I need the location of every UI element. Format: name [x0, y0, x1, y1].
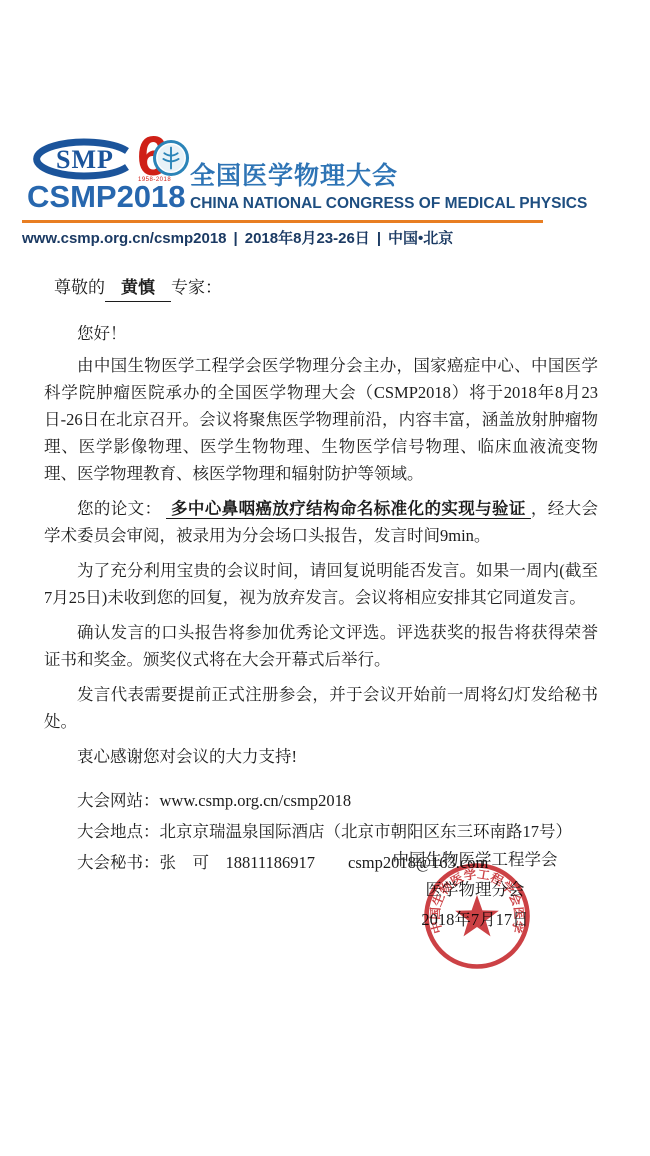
paragraph-thanks: 衷心感谢您对会议的大力支持! [44, 743, 598, 770]
infobar-url: www.csmp.org.cn/csmp2018 [22, 230, 227, 247]
paragraph-reply-request: 为了充分利用宝贵的会议时间，请回复说明能否发言。如果一周内(截至7月25日)未收… [44, 557, 598, 611]
infobar-location: 中国•北京 [388, 230, 453, 247]
infobar-separator: | [377, 230, 381, 247]
csmp-logo-text: SMP [56, 145, 114, 174]
letter-page: SMP 6 1958-2018 CSMP2018 全国医学物理大会 CHINA … [0, 0, 650, 1156]
paper-title: 多中心鼻咽癌放疗结构命名标准化的实现与验证 [166, 499, 531, 519]
anniversary-emblem-icon [152, 139, 190, 177]
paragraph-registration: 发言代表需要提前正式注册参会，并于会议开始前一周将幻灯发给秘书处。 [44, 681, 598, 735]
header-infobar: www.csmp.org.cn/csmp2018|2018年8月23-26日|中… [22, 227, 453, 248]
infobar-date: 2018年8月23-26日 [245, 230, 370, 247]
infobar-separator: | [234, 230, 238, 247]
paragraph-intro: 由中国生物医学工程学会医学物理分会主办，国家癌症中心、中国医学科学院肿瘤医院承办… [44, 352, 598, 487]
contact-venue-value: 北京京瑞温泉国际酒店（北京市朝阳区东三环南路17号） [160, 822, 573, 841]
salutation-prefix: 尊敬的 [54, 278, 105, 297]
contact-website-label: 大会网站： [77, 791, 160, 810]
paragraph-award: 确认发言的口头报告将参加优秀论文评选。评选获奖的报告将获得荣誉证书和奖金。颁奖仪… [44, 619, 598, 673]
paper-label: 您的论文： [77, 499, 161, 518]
seal-star-icon [455, 895, 499, 936]
salutation-line: 尊敬的黄慎专家： [54, 274, 598, 302]
contact-website: 大会网站：www.csmp.org.cn/csmp2018 [44, 785, 598, 816]
recipient-name: 黄慎 [105, 274, 171, 302]
letter-body: 尊敬的黄慎专家： 您好！ 由中国生物医学工程学会医学物理分会主办，国家癌症中心、… [44, 274, 598, 878]
congress-title-chinese: 全国医学物理大会 [190, 161, 398, 191]
csmp-society-logo: SMP [30, 137, 134, 181]
congress-title-english: CHINA NATIONAL CONGRESS OF MEDICAL PHYSI… [190, 194, 587, 214]
greeting-line: 您好！ [44, 320, 598, 347]
paragraph-paper: 您的论文： 多中心鼻咽癌放疗结构命名标准化的实现与验证，经大会学术委员会审阅，被… [44, 495, 598, 549]
contact-venue-label: 大会地点： [77, 822, 160, 841]
salutation-suffix: 专家： [171, 278, 222, 297]
contact-website-value: www.csmp.org.cn/csmp2018 [160, 791, 352, 810]
official-seal: 中国生物医学工程学会医学物理分会 [412, 860, 542, 972]
header-divider [22, 220, 543, 223]
contact-secretary-label: 大会秘书： [77, 853, 160, 872]
contact-venue: 大会地点：北京京瑞温泉国际酒店（北京市朝阳区东三环南路17号） [44, 816, 598, 847]
congress-code: CSMP2018 [27, 180, 186, 214]
